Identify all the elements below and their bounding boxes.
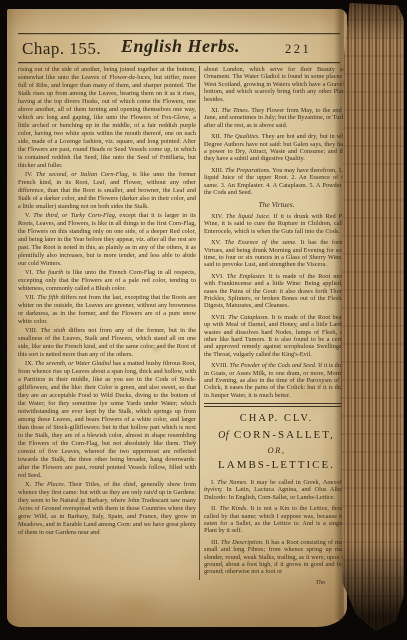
header-rule-bottom [18, 62, 340, 63]
text-body: rising out of the side of another, being… [18, 66, 349, 621]
book-page: Chap. 155. English Herbs. 221 rising out… [7, 9, 347, 627]
chapter-title-line: Of CORN-SALLET, [204, 432, 349, 439]
paragraph: IX. The seventh, or Water Gladiol has a … [18, 360, 196, 480]
book-fore-edge [341, 3, 404, 636]
section-heading-virtues: The Virtues. [204, 201, 349, 208]
paragraph: XVII. The Cataplasm. It is made of the R… [204, 314, 349, 358]
paragraph: VII. The fifth differs not from the last… [18, 294, 196, 326]
paragraph: XIV. The liquid Juice. If it is drunk wi… [204, 213, 349, 235]
page-number: 221 [285, 42, 311, 57]
paragraph: IV. The second, or Italian Corn-Flag, is… [18, 171, 196, 211]
chapter-divider-rule [204, 403, 349, 407]
paragraph: rising out of the side of another, being… [18, 66, 196, 170]
paragraph: XII. The Qualities. They are hot and dry… [204, 133, 349, 163]
right-column: about London, which serve for their Beau… [204, 66, 349, 618]
paragraph: V. The third, or Turky Corn-Flag, except… [18, 212, 196, 268]
paragraph: XIII. The Preparations. You may have the… [204, 167, 349, 197]
paragraph: VI. The fourth is like unto the French C… [18, 269, 196, 293]
catchword: Tho [204, 580, 349, 587]
column-divider [199, 66, 200, 580]
paragraph: XV. The Essence of the same. It has the … [204, 239, 349, 269]
chapter-subtitle-line: LAMBS-LETTICE. [204, 462, 349, 469]
paragraph: II. The Kinds. It is not a Kin to the Le… [204, 505, 349, 535]
paragraph: XI. The Times. They Flower from May, to … [204, 107, 349, 129]
paragraph: about London, which serve for their Beau… [204, 66, 349, 103]
paragraph: XVIII. The Powder of the Cods and Seed. … [204, 362, 349, 399]
running-title: English Herbs. [121, 36, 240, 57]
left-column: rising out of the side of another, being… [18, 66, 196, 538]
chapter-label: Chap. 155. [22, 39, 101, 59]
header-rule-top [18, 33, 340, 34]
page-header: Chap. 155. English Herbs. 221 [19, 35, 341, 61]
paragraph: VIII. The sixth differs not from any of … [18, 327, 196, 359]
paragraph: XVI. The Emplaster. It is made of the Ro… [204, 273, 349, 310]
paragraph: I. The Names. It may be called in Greek,… [204, 479, 349, 501]
chapter-number: CHAP. CLV. [204, 415, 349, 422]
paragraph: III. The Description. It has a Root cons… [204, 539, 349, 576]
chapter-of-word: Of [218, 430, 229, 441]
paragraph: X. The Places. Their Titles, of the chie… [18, 481, 196, 537]
chapter-or-line: OR, [204, 447, 349, 454]
